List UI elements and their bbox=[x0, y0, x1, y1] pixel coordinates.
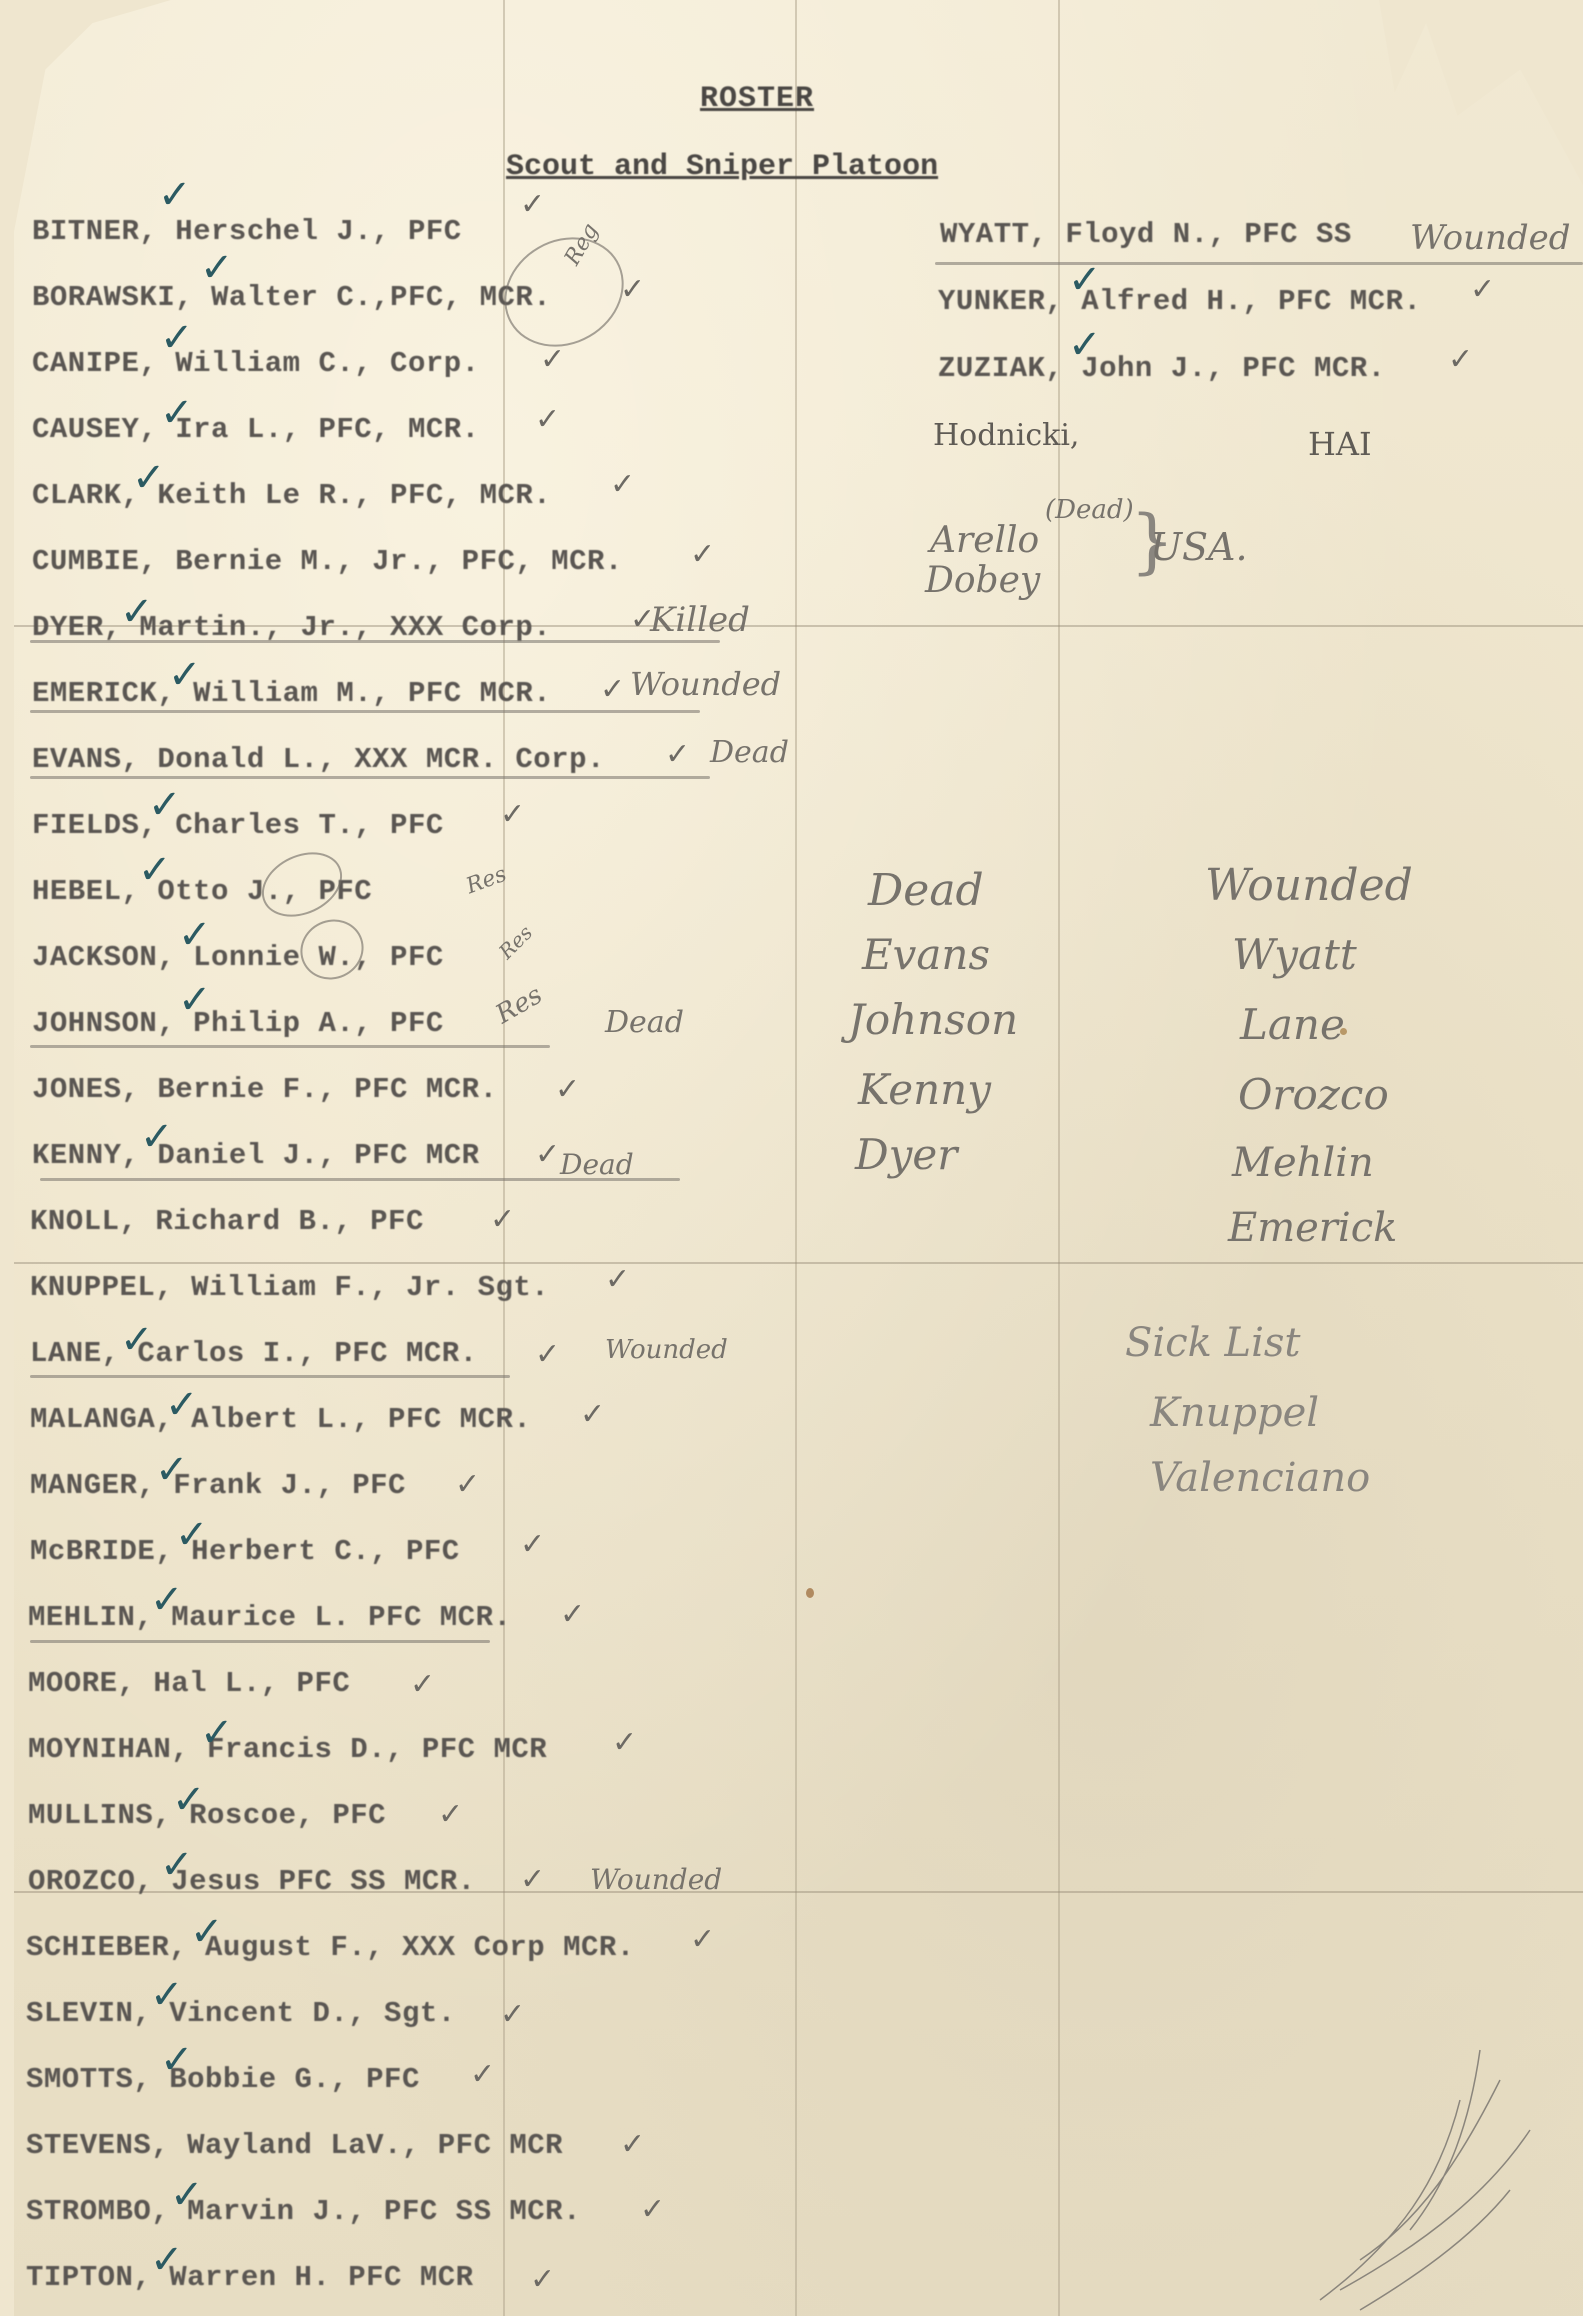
check-icon: ✓ bbox=[160, 2040, 194, 2080]
check-icon: ✓ bbox=[500, 2000, 525, 2030]
check-icon: ✓ bbox=[438, 1800, 463, 1830]
roster-row: YUNKER, Alfred H., PFC MCR. bbox=[938, 285, 1421, 318]
check-icon: ✓ bbox=[150, 2240, 184, 2280]
roster-row: MOORE, Hal L., PFC bbox=[28, 1667, 350, 1700]
underline bbox=[30, 776, 710, 779]
wounded-list-item: Lane bbox=[1240, 1000, 1345, 1049]
check-icon: ✓ bbox=[690, 540, 715, 570]
dead-list-item: Dyer bbox=[855, 1130, 957, 1179]
sick-list-heading: Sick List bbox=[1125, 1320, 1301, 1366]
dead-list-item: Kenny bbox=[858, 1065, 991, 1114]
check-icon: ✓ bbox=[535, 405, 560, 435]
check-icon: ✓ bbox=[535, 1140, 560, 1170]
note-wounded: Wounded bbox=[630, 665, 781, 703]
note-hodnicki: Hodnicki, bbox=[933, 418, 1079, 453]
note-wounded: Wounded bbox=[1410, 218, 1571, 258]
roster-row: STROMBO, Marvin J., PFC SS MCR. bbox=[26, 2195, 581, 2228]
note-dobey: Dobey bbox=[925, 560, 1040, 601]
wounded-list-item: Mehlin bbox=[1232, 1140, 1374, 1186]
check-icon: ✓ bbox=[535, 1340, 560, 1370]
check-icon: ✓ bbox=[610, 470, 635, 500]
check-icon: ✓ bbox=[172, 1780, 206, 1820]
fold-line bbox=[1058, 0, 1060, 2316]
check-icon: ✓ bbox=[120, 592, 154, 632]
check-icon: ✓ bbox=[520, 1530, 545, 1560]
roster-row: JACKSON, Lonnie W., PFC bbox=[32, 941, 444, 974]
check-icon: ✓ bbox=[160, 1845, 194, 1885]
note-hai: HAI bbox=[1308, 425, 1372, 463]
stain bbox=[806, 1588, 814, 1598]
check-icon: ✓ bbox=[410, 1670, 435, 1700]
roster-row: MEHLIN, Maurice L. PFC MCR. bbox=[28, 1601, 511, 1634]
fold-line bbox=[14, 1262, 1583, 1264]
check-icon: ✓ bbox=[138, 850, 172, 890]
note-usa: USA. bbox=[1150, 525, 1248, 569]
underline bbox=[30, 1045, 550, 1048]
check-icon: ✓ bbox=[175, 1515, 209, 1555]
check-icon: ✓ bbox=[605, 1265, 630, 1295]
roster-row: CLARK, Keith Le R., PFC, MCR. bbox=[32, 479, 551, 512]
wounded-list-item: Emerick bbox=[1228, 1205, 1397, 1251]
roster-row: SMOTTS, Bobbie G., PFC bbox=[26, 2063, 420, 2096]
check-icon: ✓ bbox=[690, 1925, 715, 1955]
sick-list-item: Knuppel bbox=[1150, 1390, 1319, 1436]
roster-row: JONES, Bernie F., PFC MCR. bbox=[32, 1073, 497, 1106]
roster-row: JOHNSON, Philip A., PFC bbox=[32, 1007, 444, 1040]
check-icon: ✓ bbox=[155, 1450, 189, 1490]
check-icon: ✓ bbox=[158, 175, 192, 215]
underline bbox=[30, 1375, 510, 1378]
roster-row: EMERICK, William M., PFC MCR. bbox=[32, 677, 551, 710]
roster-row: MULLINS, Roscoe, PFC bbox=[28, 1799, 386, 1832]
check-icon: ✓ bbox=[200, 1713, 234, 1753]
roster-row: CUMBIE, Bernie M., Jr., PFC, MCR. bbox=[32, 545, 623, 578]
check-icon: ✓ bbox=[520, 1865, 545, 1895]
note-wounded: Wounded bbox=[590, 1863, 722, 1896]
fold-line bbox=[503, 0, 505, 2316]
check-icon: ✓ bbox=[530, 2265, 555, 2295]
check-icon: ✓ bbox=[665, 740, 690, 770]
check-icon: ✓ bbox=[150, 1580, 184, 1620]
check-icon: ✓ bbox=[600, 675, 625, 705]
underline bbox=[935, 262, 1583, 265]
roster-row: BORAWSKI, Walter C.,PFC, MCR. bbox=[32, 281, 551, 314]
check-icon: ✓ bbox=[470, 2060, 495, 2090]
page-title: ROSTER bbox=[700, 82, 814, 116]
note-dead: Dead bbox=[710, 735, 789, 770]
check-icon: ✓ bbox=[132, 458, 166, 498]
roster-row: MANGER, Frank J., PFC bbox=[30, 1469, 406, 1502]
note-dead: Dead bbox=[605, 1005, 684, 1040]
check-icon: ✓ bbox=[178, 980, 212, 1020]
check-icon: ✓ bbox=[168, 655, 202, 695]
roster-row: BITNER, Herschel J., PFC bbox=[32, 215, 462, 248]
check-icon: ✓ bbox=[178, 915, 212, 955]
underline bbox=[30, 1640, 490, 1643]
roster-row: SCHIEBER, August F., XXX Corp MCR. bbox=[26, 1931, 635, 1964]
dead-list-heading: Dead bbox=[868, 865, 984, 916]
roster-row: OROZCO, Jesus PFC SS MCR. bbox=[28, 1865, 476, 1898]
check-icon: ✓ bbox=[455, 1470, 480, 1500]
note-dead: Dead bbox=[560, 1148, 634, 1181]
check-icon: ✓ bbox=[500, 800, 525, 830]
check-icon: ✓ bbox=[620, 2130, 645, 2160]
roster-row: LANE, Carlos I., PFC MCR. bbox=[30, 1337, 478, 1370]
roster-row: STEVENS, Wayland LaV., PFC MCR bbox=[26, 2129, 563, 2162]
roster-row: KNOLL, Richard B., PFC bbox=[30, 1205, 424, 1238]
wounded-list-item: Wyatt bbox=[1232, 930, 1357, 979]
roster-row: FIELDS, Charles T., PFC bbox=[32, 809, 444, 842]
check-icon: ✓ bbox=[190, 1912, 224, 1952]
roster-row: KENNY, Daniel J., PFC MCR bbox=[32, 1139, 480, 1172]
roster-row: EVANS, Donald L., XXX MCR. Corp. bbox=[32, 743, 605, 776]
sick-list-item: Valenciano bbox=[1150, 1455, 1370, 1501]
check-icon: ✓ bbox=[140, 1117, 174, 1157]
note-arello: Arello bbox=[930, 520, 1039, 561]
check-icon: ✓ bbox=[200, 248, 234, 288]
check-icon: ✓ bbox=[1448, 345, 1473, 375]
roster-row: MALANGA, Albert L., PFC MCR. bbox=[30, 1403, 531, 1436]
check-icon: ✓ bbox=[1470, 275, 1495, 305]
roster-row: SLEVIN, Vincent D., Sgt. bbox=[26, 1997, 456, 2030]
check-icon: ✓ bbox=[612, 1728, 637, 1758]
stain bbox=[1340, 1028, 1347, 1035]
underline bbox=[30, 640, 720, 643]
dead-list-item: Evans bbox=[862, 930, 990, 979]
check-icon: ✓ bbox=[560, 1600, 585, 1630]
check-icon: ✓ bbox=[160, 393, 194, 433]
roster-row: MOYNIHAN, Francis D., PFC MCR bbox=[28, 1733, 547, 1766]
roster-row: CANIPE, William C., Corp. bbox=[32, 347, 480, 380]
note-wounded: Wounded bbox=[605, 1335, 728, 1365]
check-icon: ✓ bbox=[490, 1205, 515, 1235]
roster-row: ZUZIAK, John J., PFC MCR. bbox=[938, 352, 1386, 385]
pencil-scribble bbox=[1300, 2040, 1560, 2316]
fold-line bbox=[795, 0, 797, 2316]
check-icon: ✓ bbox=[555, 1075, 580, 1105]
check-icon: ✓ bbox=[150, 1975, 184, 2015]
check-icon: ✓ bbox=[640, 2195, 665, 2225]
wounded-list-item: Orozco bbox=[1238, 1070, 1389, 1119]
wounded-list-heading: Wounded bbox=[1205, 860, 1413, 911]
roster-row: McBRIDE, Herbert C., PFC bbox=[30, 1535, 460, 1568]
check-icon: ✓ bbox=[520, 190, 545, 220]
roster-row: WYATT, Floyd N., PFC SS bbox=[940, 218, 1352, 251]
check-icon: ✓ bbox=[165, 1385, 199, 1425]
roster-row: KNUPPEL, William F., Jr. Sgt. bbox=[30, 1271, 549, 1304]
page-subtitle: Scout and Sniper Platoon bbox=[506, 150, 938, 184]
note-killed: Killed bbox=[650, 600, 750, 640]
underline bbox=[30, 710, 700, 713]
roster-row: CAUSEY, Ira L., PFC, MCR. bbox=[32, 413, 480, 446]
check-icon: ✓ bbox=[540, 345, 565, 375]
check-icon: ✓ bbox=[170, 2175, 204, 2215]
roster-row: TIPTON, Warren H. PFC MCR bbox=[26, 2261, 474, 2294]
check-icon: ✓ bbox=[160, 318, 194, 358]
note-arello-dead: (Dead) bbox=[1045, 495, 1134, 525]
check-icon: ✓ bbox=[148, 785, 182, 825]
dead-list-item: Johnson bbox=[848, 995, 1018, 1044]
check-icon: ✓ bbox=[120, 1320, 154, 1360]
check-icon: ✓ bbox=[580, 1400, 605, 1430]
